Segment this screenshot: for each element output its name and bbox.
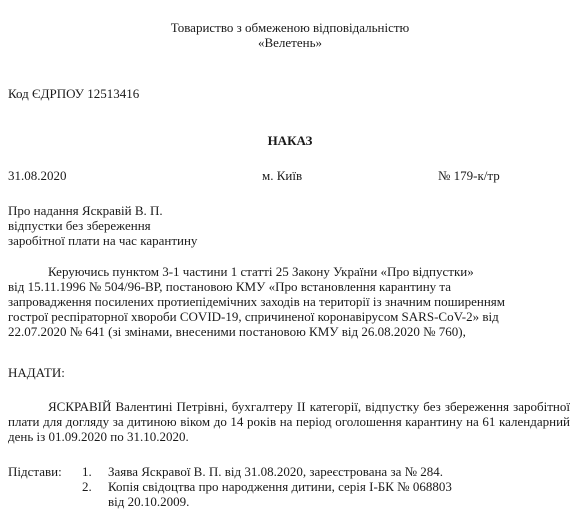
basis-item-number: 1.: [82, 464, 108, 479]
preamble-line: від 15.11.1996 № 504/96-ВР, постановою К…: [8, 279, 570, 294]
order-date: 31.08.2020: [8, 168, 67, 183]
basis-item: 2. Копія свідоцтва про народження дитини…: [82, 479, 528, 509]
basis-label: Підстави:: [8, 464, 62, 479]
edrpou-code: Код ЄДРПОУ 12513416: [8, 86, 139, 101]
basis-list: 1. Заява Яскравої В. П. від 31.08.2020, …: [82, 464, 528, 509]
order-subject: Про надання Яскравій В. П. відпустки без…: [8, 203, 197, 248]
decision-text: ЯСКРАВІЙ Валентині Петрівні, бухгалтеру …: [8, 399, 570, 444]
basis-item: 1. Заява Яскравої В. П. від 31.08.2020, …: [82, 464, 528, 479]
preamble-line: запровадження посилених протиепідемічних…: [8, 294, 570, 309]
organization-name: Товариство з обмеженою відповідальністю: [0, 20, 580, 35]
preamble-paragraph: Керуючись пунктом 3-1 частини 1 статті 2…: [8, 264, 570, 339]
basis-item-text: Заява Яскравої В. П. від 31.08.2020, зар…: [108, 464, 528, 479]
subject-line: заробітної плати на час карантину: [8, 233, 197, 248]
organization-brand: «Велетень»: [0, 35, 580, 50]
basis-item-text: Копія свідоцтва про народження дитини, с…: [108, 479, 458, 509]
order-city: м. Київ: [262, 168, 302, 183]
basis-item-number: 2.: [82, 479, 108, 509]
preamble-line: гострої респіраторної хвороби COVID-19, …: [8, 309, 570, 324]
preamble-line: Керуючись пунктом 3-1 частини 1 статті 2…: [8, 264, 570, 279]
subject-line: Про надання Яскравій В. П.: [8, 203, 197, 218]
decision-paragraph: ЯСКРАВІЙ Валентині Петрівні, бухгалтеру …: [8, 399, 570, 444]
order-number: № 179-к/тр: [438, 168, 500, 183]
subject-line: відпустки без збереження: [8, 218, 197, 233]
preamble-line: 22.07.2020 № 641 (зі змінами, внесеними …: [8, 324, 570, 339]
decision-label: НАДАТИ:: [8, 365, 65, 380]
document-title: НАКАЗ: [0, 133, 580, 148]
